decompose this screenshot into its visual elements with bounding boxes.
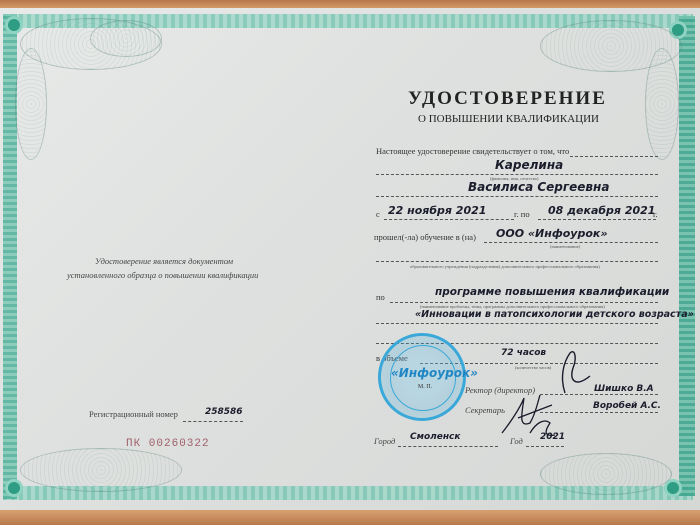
institution-type-caption: образовательного учреждения (подразделен… bbox=[410, 264, 600, 269]
serial-number: ПК 00260322 bbox=[126, 438, 210, 450]
left-note-line-1: Удостоверение является документом bbox=[95, 256, 233, 266]
director-signature-icon bbox=[555, 348, 595, 398]
registration-line bbox=[183, 421, 243, 422]
director-name: Шишко В.А bbox=[594, 384, 654, 394]
desk-surface-bottom bbox=[0, 510, 700, 525]
from-label: с bbox=[376, 209, 380, 219]
year-suffix: г. bbox=[653, 209, 658, 219]
hours-caption: (количество часов) bbox=[515, 365, 551, 370]
guilloche-ornament bbox=[90, 20, 162, 57]
institution-type-line bbox=[376, 261, 658, 262]
date-to-line bbox=[538, 219, 656, 220]
institution-value: ООО «Инфоурок» bbox=[496, 227, 608, 240]
certificate-sheet: УДОСТОВЕРЕНИЕ О ПОВЫШЕНИИ КВАЛИФИКАЦИИ У… bbox=[0, 8, 700, 510]
certificate-subtitle: О ПОВЫШЕНИИ КВАЛИФИКАЦИИ bbox=[418, 113, 599, 125]
stamp-logo: «Инфоурок» bbox=[391, 366, 459, 380]
corner-rosette-icon bbox=[8, 19, 20, 31]
left-note-line-2: установленного образца о повышении квали… bbox=[67, 270, 258, 280]
trained-label: прошел(-ла) обучение в (на) bbox=[374, 232, 476, 242]
city-value: Смоленск bbox=[410, 432, 461, 442]
guilloche-ornament bbox=[20, 448, 182, 492]
guilloche-ornament bbox=[540, 453, 672, 495]
certificate-title: УДОСТОВЕРЕНИЕ bbox=[408, 88, 607, 110]
by-label: по bbox=[376, 292, 385, 302]
institution-line bbox=[484, 242, 658, 243]
program-name-value: «Инновации в патопсихологии детского воз… bbox=[415, 309, 694, 320]
surname-value: Карелина bbox=[495, 158, 563, 172]
date-from-value: 22 ноября 2021 bbox=[388, 204, 486, 217]
year-label: Год bbox=[510, 436, 523, 446]
guilloche-ornament bbox=[15, 48, 47, 160]
date-from-line bbox=[384, 219, 514, 220]
secretary-name: Воробей А.С. bbox=[593, 401, 661, 411]
official-stamp: «Инфоурок» М. П. bbox=[378, 333, 466, 421]
corner-rosette-icon bbox=[667, 482, 679, 494]
desk-surface-top bbox=[0, 0, 700, 8]
program-type-value: программе повышения квалификации bbox=[435, 286, 669, 298]
program-type-line bbox=[390, 302, 658, 303]
hours-value: 72 часов bbox=[501, 348, 546, 358]
intro-text: Настоящее удостоверение свидетельствует … bbox=[376, 146, 569, 156]
intro-line bbox=[570, 156, 658, 157]
guilloche-ornament bbox=[645, 48, 679, 160]
corner-rosette-icon bbox=[8, 482, 20, 494]
ornamental-border-right bbox=[679, 16, 695, 496]
city-line bbox=[398, 446, 498, 447]
registration-number: 258586 bbox=[205, 407, 243, 417]
institution-caption: (наименование) bbox=[550, 244, 580, 249]
date-to-value: 08 декабря 2021 bbox=[548, 204, 655, 217]
city-label: Город bbox=[374, 436, 395, 446]
date-to-label: г. по bbox=[514, 209, 530, 219]
secretary-label: Секретарь bbox=[465, 405, 505, 415]
stamp-mp: М. П. bbox=[391, 384, 459, 390]
registration-label: Регистрационный номер bbox=[89, 409, 178, 419]
given-names-value: Василиса Сергеевна bbox=[468, 180, 609, 194]
year-value: 2021 bbox=[540, 432, 565, 442]
program-name-line bbox=[376, 323, 658, 324]
year-line bbox=[526, 446, 564, 447]
given-names-line bbox=[376, 196, 658, 197]
surname-line bbox=[376, 174, 658, 175]
